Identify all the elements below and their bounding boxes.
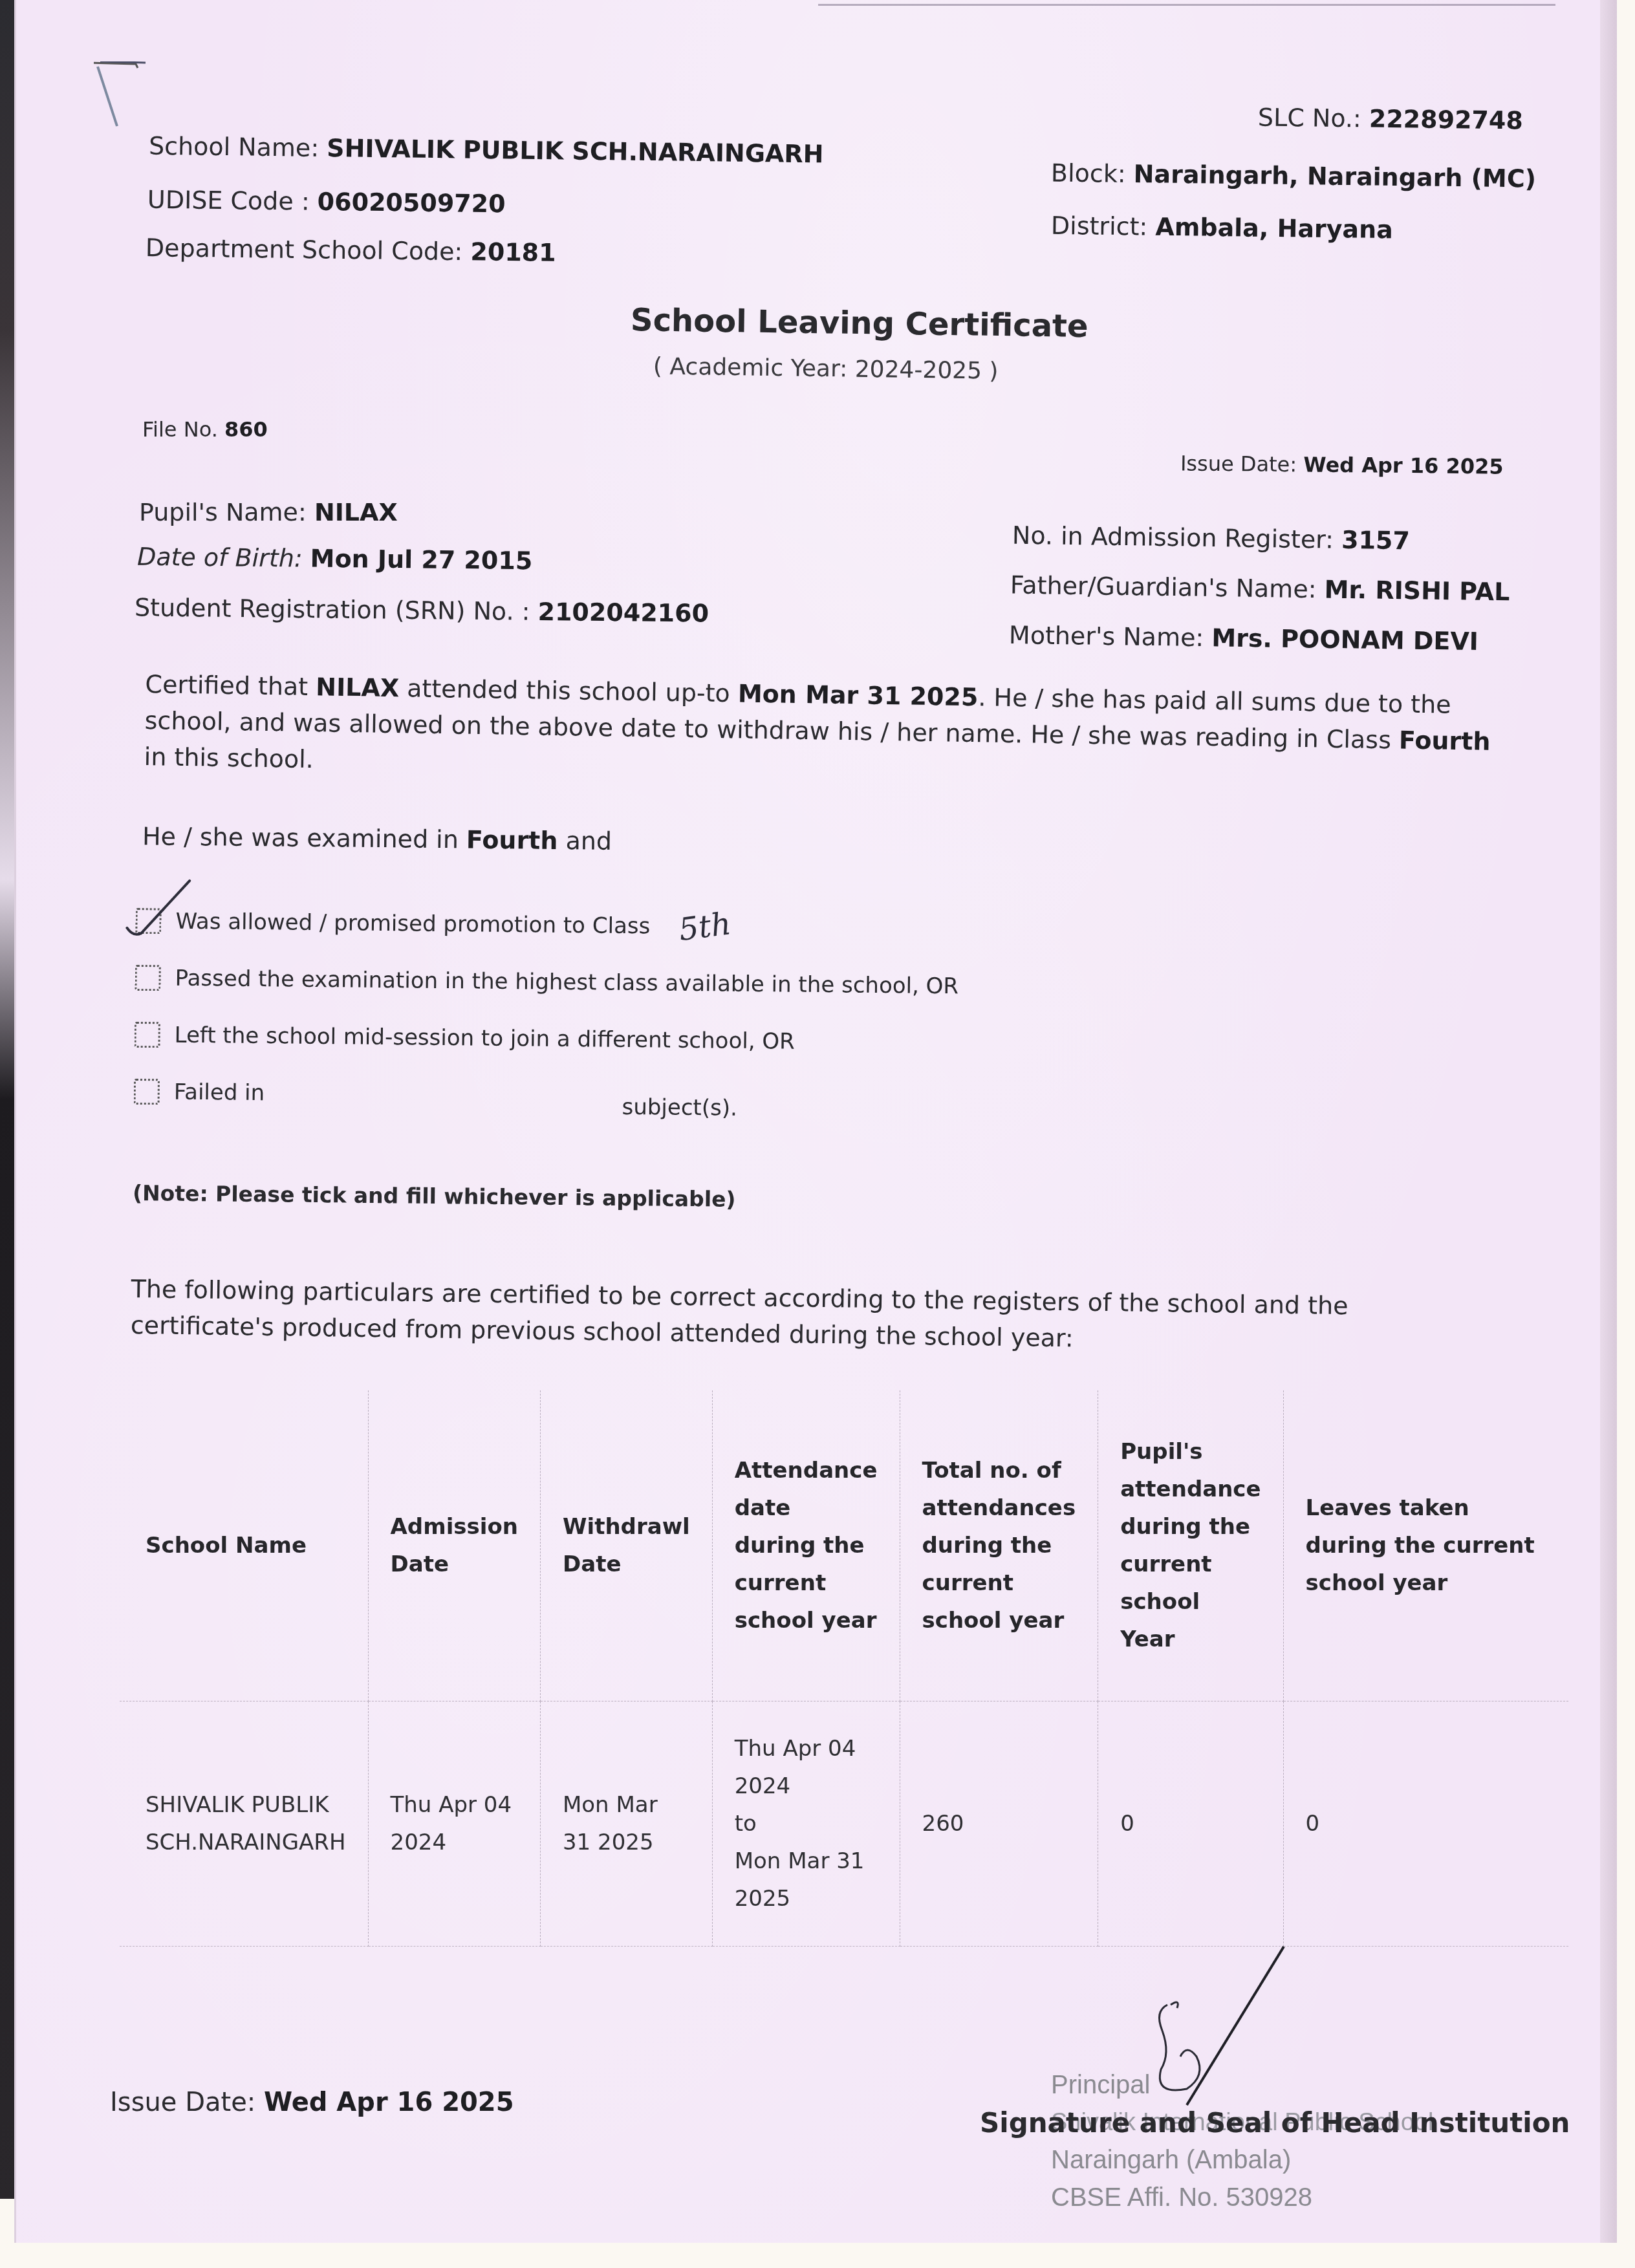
issue-date-bottom-value: Wed Apr 16 2025 bbox=[264, 2088, 514, 2117]
staple-icon bbox=[94, 61, 146, 133]
cell-pupil-attendance: 0 bbox=[1098, 1701, 1283, 1947]
paper-edge bbox=[1600, 0, 1617, 2243]
admission-number-field: No. in Admission Register: 3157 bbox=[1012, 521, 1410, 556]
signature-block: Principal Shivalik International Public … bbox=[980, 1940, 1562, 2212]
school-name-field: School Name: SHIVALIK PUBLIK SCH.NARAING… bbox=[149, 132, 824, 169]
father-name-field: Father/Guardian's Name: Mr. RISHI PAL bbox=[1010, 571, 1510, 607]
district-field: District: Ambala, Haryana bbox=[1051, 211, 1393, 244]
top-rule bbox=[818, 4, 1555, 6]
examined-class: Fourth bbox=[466, 825, 558, 854]
result-options: Was allowed / promised promotion to Clas… bbox=[133, 892, 959, 1129]
stamp-affiliation: CBSE Affi. No. 530928 bbox=[1051, 2179, 1433, 2216]
col-total-attendances: Total no. of attendances during the curr… bbox=[900, 1390, 1098, 1701]
slc-number-field: SLC No.: 222892748 bbox=[1258, 103, 1523, 135]
note-text: (Note: Please tick and fill whichever is… bbox=[133, 1180, 736, 1212]
examined-statement: He / she was examined in Fourth and bbox=[142, 822, 612, 856]
stamp-location: Naraingarh (Ambala) bbox=[1051, 2141, 1433, 2179]
scanner-edge bbox=[0, 0, 14, 2199]
checkmark-icon bbox=[124, 878, 196, 943]
certificate-page: School Name: SHIVALIK PUBLIK SCH.NARAING… bbox=[14, 0, 1617, 2243]
issue-date-bottom: Issue Date: Wed Apr 16 2025 bbox=[110, 2088, 514, 2117]
cell-withdrawl-date: Mon Mar 31 2025 bbox=[540, 1701, 712, 1947]
cell-attendance-period: Thu Apr 04 2024 to Mon Mar 31 2025 bbox=[712, 1701, 900, 1947]
cell-total-attendances: 260 bbox=[900, 1701, 1098, 1947]
statement-class: Fourth bbox=[1399, 726, 1491, 755]
col-pupil-attendance: Pupil's attendance during the current sc… bbox=[1098, 1390, 1283, 1701]
block-field: Block: Naraingarh, Naraingarh (MC) bbox=[1051, 158, 1537, 193]
option-promoted: Was allowed / promised promotion to Clas… bbox=[135, 892, 959, 958]
promotion-class-handwritten: 5th bbox=[677, 905, 733, 948]
school-name-value: SHIVALIK PUBLIK SCH.NARAINGARH bbox=[327, 134, 824, 168]
admission-number-value: 3157 bbox=[1341, 526, 1410, 555]
option-passed-highest: Passed the examination in the highest cl… bbox=[135, 949, 958, 1015]
block-value: Naraingarh, Naraingarh (MC) bbox=[1133, 160, 1536, 193]
table-header-row: School Name Admission Date Withdrawl Dat… bbox=[120, 1390, 1568, 1701]
father-name-value: Mr. RISHI PAL bbox=[1324, 575, 1510, 606]
issue-date-top: Issue Date: Wed Apr 16 2025 bbox=[1180, 451, 1504, 479]
principal-stamp: Principal Shivalik International Public … bbox=[1051, 2066, 1433, 2216]
option-failed: Failed in subject(s). bbox=[133, 1063, 957, 1129]
statement-leaving-date: Mon Mar 31 2025 bbox=[738, 679, 979, 711]
col-admission-date: Admission Date bbox=[368, 1390, 540, 1701]
srn-value: 2102042160 bbox=[537, 598, 709, 628]
cell-admission-date: Thu Apr 04 2024 bbox=[368, 1701, 540, 1947]
dob-field: Date of Birth: Mon Jul 27 2015 bbox=[137, 543, 533, 575]
failed-subjects-suffix: subject(s). bbox=[622, 1094, 737, 1121]
checkbox-failed[interactable] bbox=[134, 1079, 160, 1105]
checkbox-passed-highest[interactable] bbox=[135, 965, 160, 991]
option-left-mid-session: Left the school mid-session to join a di… bbox=[134, 1006, 958, 1072]
col-school-name: School Name bbox=[120, 1390, 368, 1701]
mother-name-value: Mrs. POONAM DEVI bbox=[1211, 623, 1478, 656]
col-leaves-taken: Leaves taken during the current school y… bbox=[1283, 1390, 1568, 1701]
cell-school-name: SHIVALIK PUBLIK SCH.NARAINGARH bbox=[120, 1701, 368, 1947]
udise-field: UDISE Code : 06020509720 bbox=[147, 186, 506, 219]
file-number-value: 860 bbox=[224, 417, 268, 442]
dept-code-field: Department School Code: 20181 bbox=[146, 233, 556, 267]
mother-name-field: Mother's Name: Mrs. POONAM DEVI bbox=[1009, 621, 1479, 656]
statement-pupil-name: NILAX bbox=[316, 673, 400, 702]
cell-leaves-taken: 0 bbox=[1283, 1701, 1568, 1947]
table-row: SHIVALIK PUBLIK SCH.NARAINGARH Thu Apr 0… bbox=[120, 1701, 1568, 1947]
dob-value: Mon Jul 27 2015 bbox=[310, 545, 533, 576]
issue-date-top-value: Wed Apr 16 2025 bbox=[1303, 452, 1504, 479]
checkbox-left-mid-session[interactable] bbox=[134, 1022, 160, 1048]
col-withdrawl-date: Withdrawl Date bbox=[540, 1390, 712, 1701]
udise-value: 06020509720 bbox=[317, 188, 505, 219]
district-value: Ambala, Haryana bbox=[1155, 213, 1393, 244]
col-attendance-period: Attendance date during the current schoo… bbox=[712, 1390, 900, 1701]
slc-number-value: 222892748 bbox=[1369, 105, 1523, 135]
pupil-name-value: NILAX bbox=[314, 498, 398, 526]
particulars-intro: The following particulars are certified … bbox=[130, 1271, 1424, 1361]
stamp-title: Principal bbox=[1051, 2066, 1433, 2104]
academic-year: ( Academic Year: 2024-2025 ) bbox=[653, 353, 999, 384]
signature-label: Signature and Seal of Head Institution bbox=[980, 2107, 1570, 2139]
file-number-field: File No. 860 bbox=[142, 417, 268, 442]
checkbox-promoted[interactable] bbox=[135, 908, 161, 934]
dept-code-value: 20181 bbox=[470, 237, 556, 267]
pupil-name-field: Pupil's Name: NILAX bbox=[139, 498, 398, 526]
particulars-table: School Name Admission Date Withdrawl Dat… bbox=[120, 1390, 1568, 1947]
srn-field: Student Registration (SRN) No. : 2102042… bbox=[135, 593, 709, 627]
certificate-title: School Leaving Certificate bbox=[631, 302, 1088, 345]
certification-statement: Certified that NILAX attended this schoo… bbox=[144, 666, 1516, 796]
